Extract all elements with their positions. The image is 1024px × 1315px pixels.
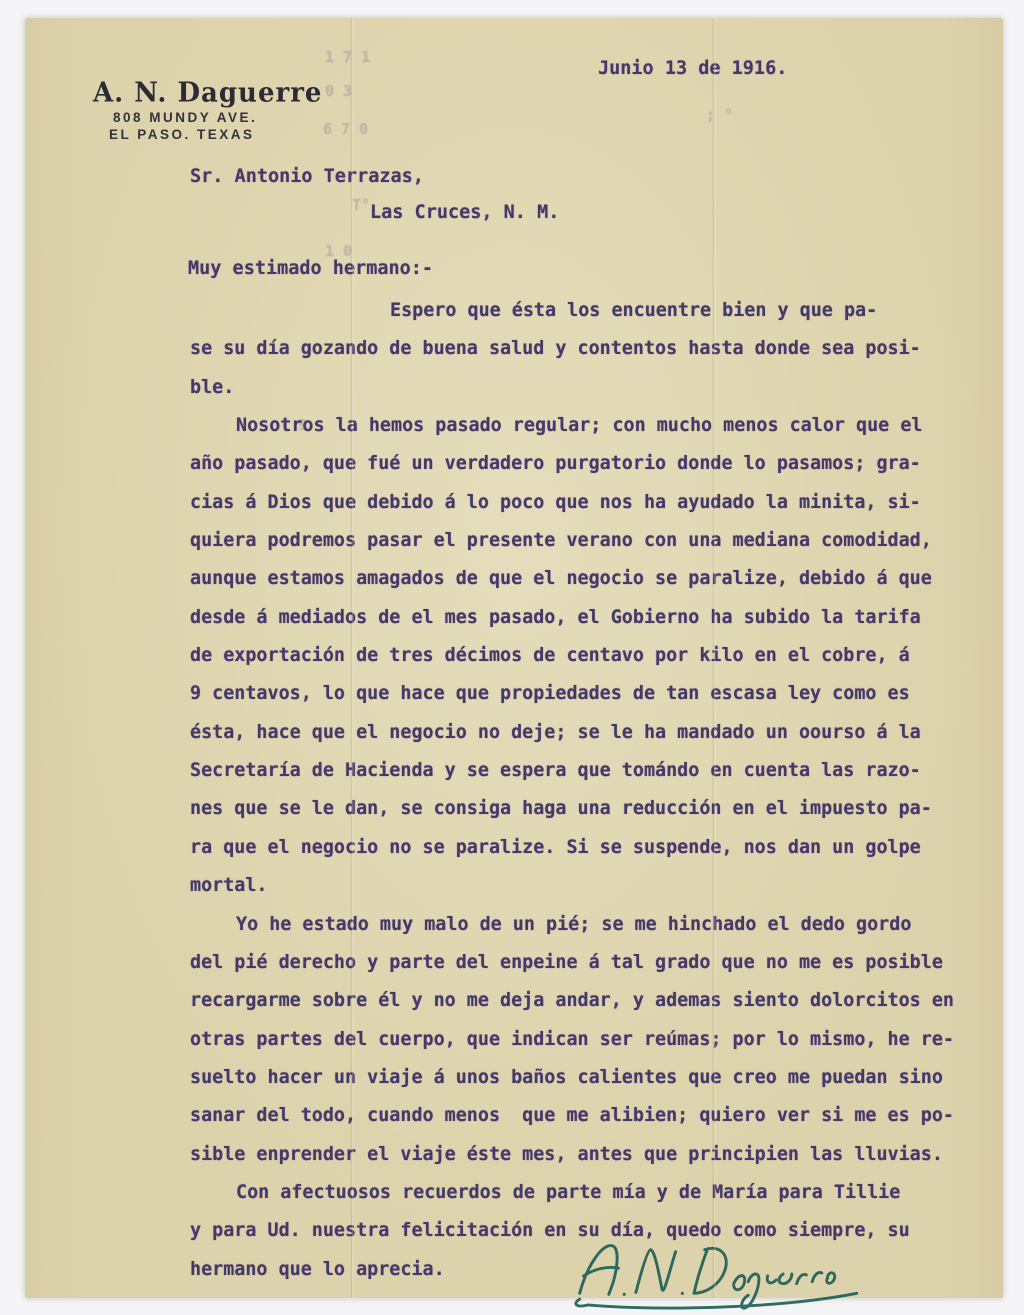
body-line: Con afectuosos recuerdos de parte mía y … [190, 1178, 990, 1216]
recipient-place: Las Cruces, N. M. [370, 202, 559, 223]
body-line: cias á Dios que debido á lo poco que nos… [190, 488, 990, 526]
bleedthrough-mark: 6 7 0 [323, 120, 368, 138]
body-line: desde á mediados de el mes pasado, el Go… [190, 603, 990, 641]
letterhead-address-city: EL PASO. TEXAS [109, 127, 255, 142]
recipient-name: Sr. Antonio Terrazas, [190, 166, 424, 187]
body-line: aunque estamos amagados de que el negoci… [190, 564, 990, 602]
bleedthrough-mark: T° [352, 196, 370, 214]
body-line: otras partes del cuerpo, que indican ser… [190, 1025, 990, 1063]
bleedthrough-mark: 1 7 1 [325, 48, 370, 66]
body-line: suelto hacer un viaje á unos baños calie… [190, 1063, 990, 1101]
letter-body: Espero que ésta los encuentre bien y que… [190, 296, 990, 1293]
letter-paper: A. N. Daguerre 808 MUNDY AVE. EL PASO. T… [25, 18, 1003, 1298]
body-line: ble. [190, 373, 990, 411]
body-line: nes que se le dan, se consiga haga una r… [190, 794, 990, 832]
signature-a-n-daguerre [570, 1234, 880, 1312]
bleedthrough-mark: ( 9 [280, 416, 307, 434]
body-line: ra que el negocio no se paralize. Si se … [190, 833, 990, 871]
body-line: sanar del todo, cuando menos que me alib… [190, 1101, 990, 1139]
body-line: sible enprender el viaje éste mes, antes… [190, 1140, 990, 1178]
date-line: Junio 13 de 1916. [598, 58, 787, 79]
body-line: quiera podremos pasar el presente verano… [190, 526, 990, 564]
body-line: de exportación de tres décimos de centav… [190, 641, 990, 679]
body-line: año pasado, que fué un verdadero purgato… [190, 449, 990, 487]
body-line: Yo he estado muy malo de un pié; se me h… [190, 910, 990, 948]
body-line: mortal. [190, 871, 990, 909]
scanned-letter-page: { "scan": { "paper_color": "#dcd2ab", "b… [0, 0, 1024, 1315]
body-line: Nosotros la hemos pasado regular; con mu… [190, 411, 990, 449]
body-line: se su día gozando de buena salud y conte… [190, 334, 990, 372]
bleedthrough-mark: 1 0 [325, 242, 352, 260]
body-line: del pié derecho y parte del enpeine á ta… [190, 948, 990, 986]
bleedthrough-mark: ; ° [706, 106, 733, 124]
body-line: ésta, hace que el negocio no deje; se le… [190, 718, 990, 756]
body-line: Secretaría de Hacienda y se espera que t… [190, 756, 990, 794]
body-line: 9 centavos, lo que hace que propiedades … [190, 679, 990, 717]
letterhead-address-street: 808 MUNDY AVE. [113, 110, 257, 125]
body-line: Espero que ésta los encuentre bien y que… [190, 296, 990, 334]
bleedthrough-mark: 0 3 [325, 82, 352, 100]
letterhead-name: A. N. Daguerre [93, 77, 322, 109]
salutation: Muy estimado hermano:- [188, 258, 433, 279]
body-line: recargarme sobre él y no me deja andar, … [190, 986, 990, 1024]
